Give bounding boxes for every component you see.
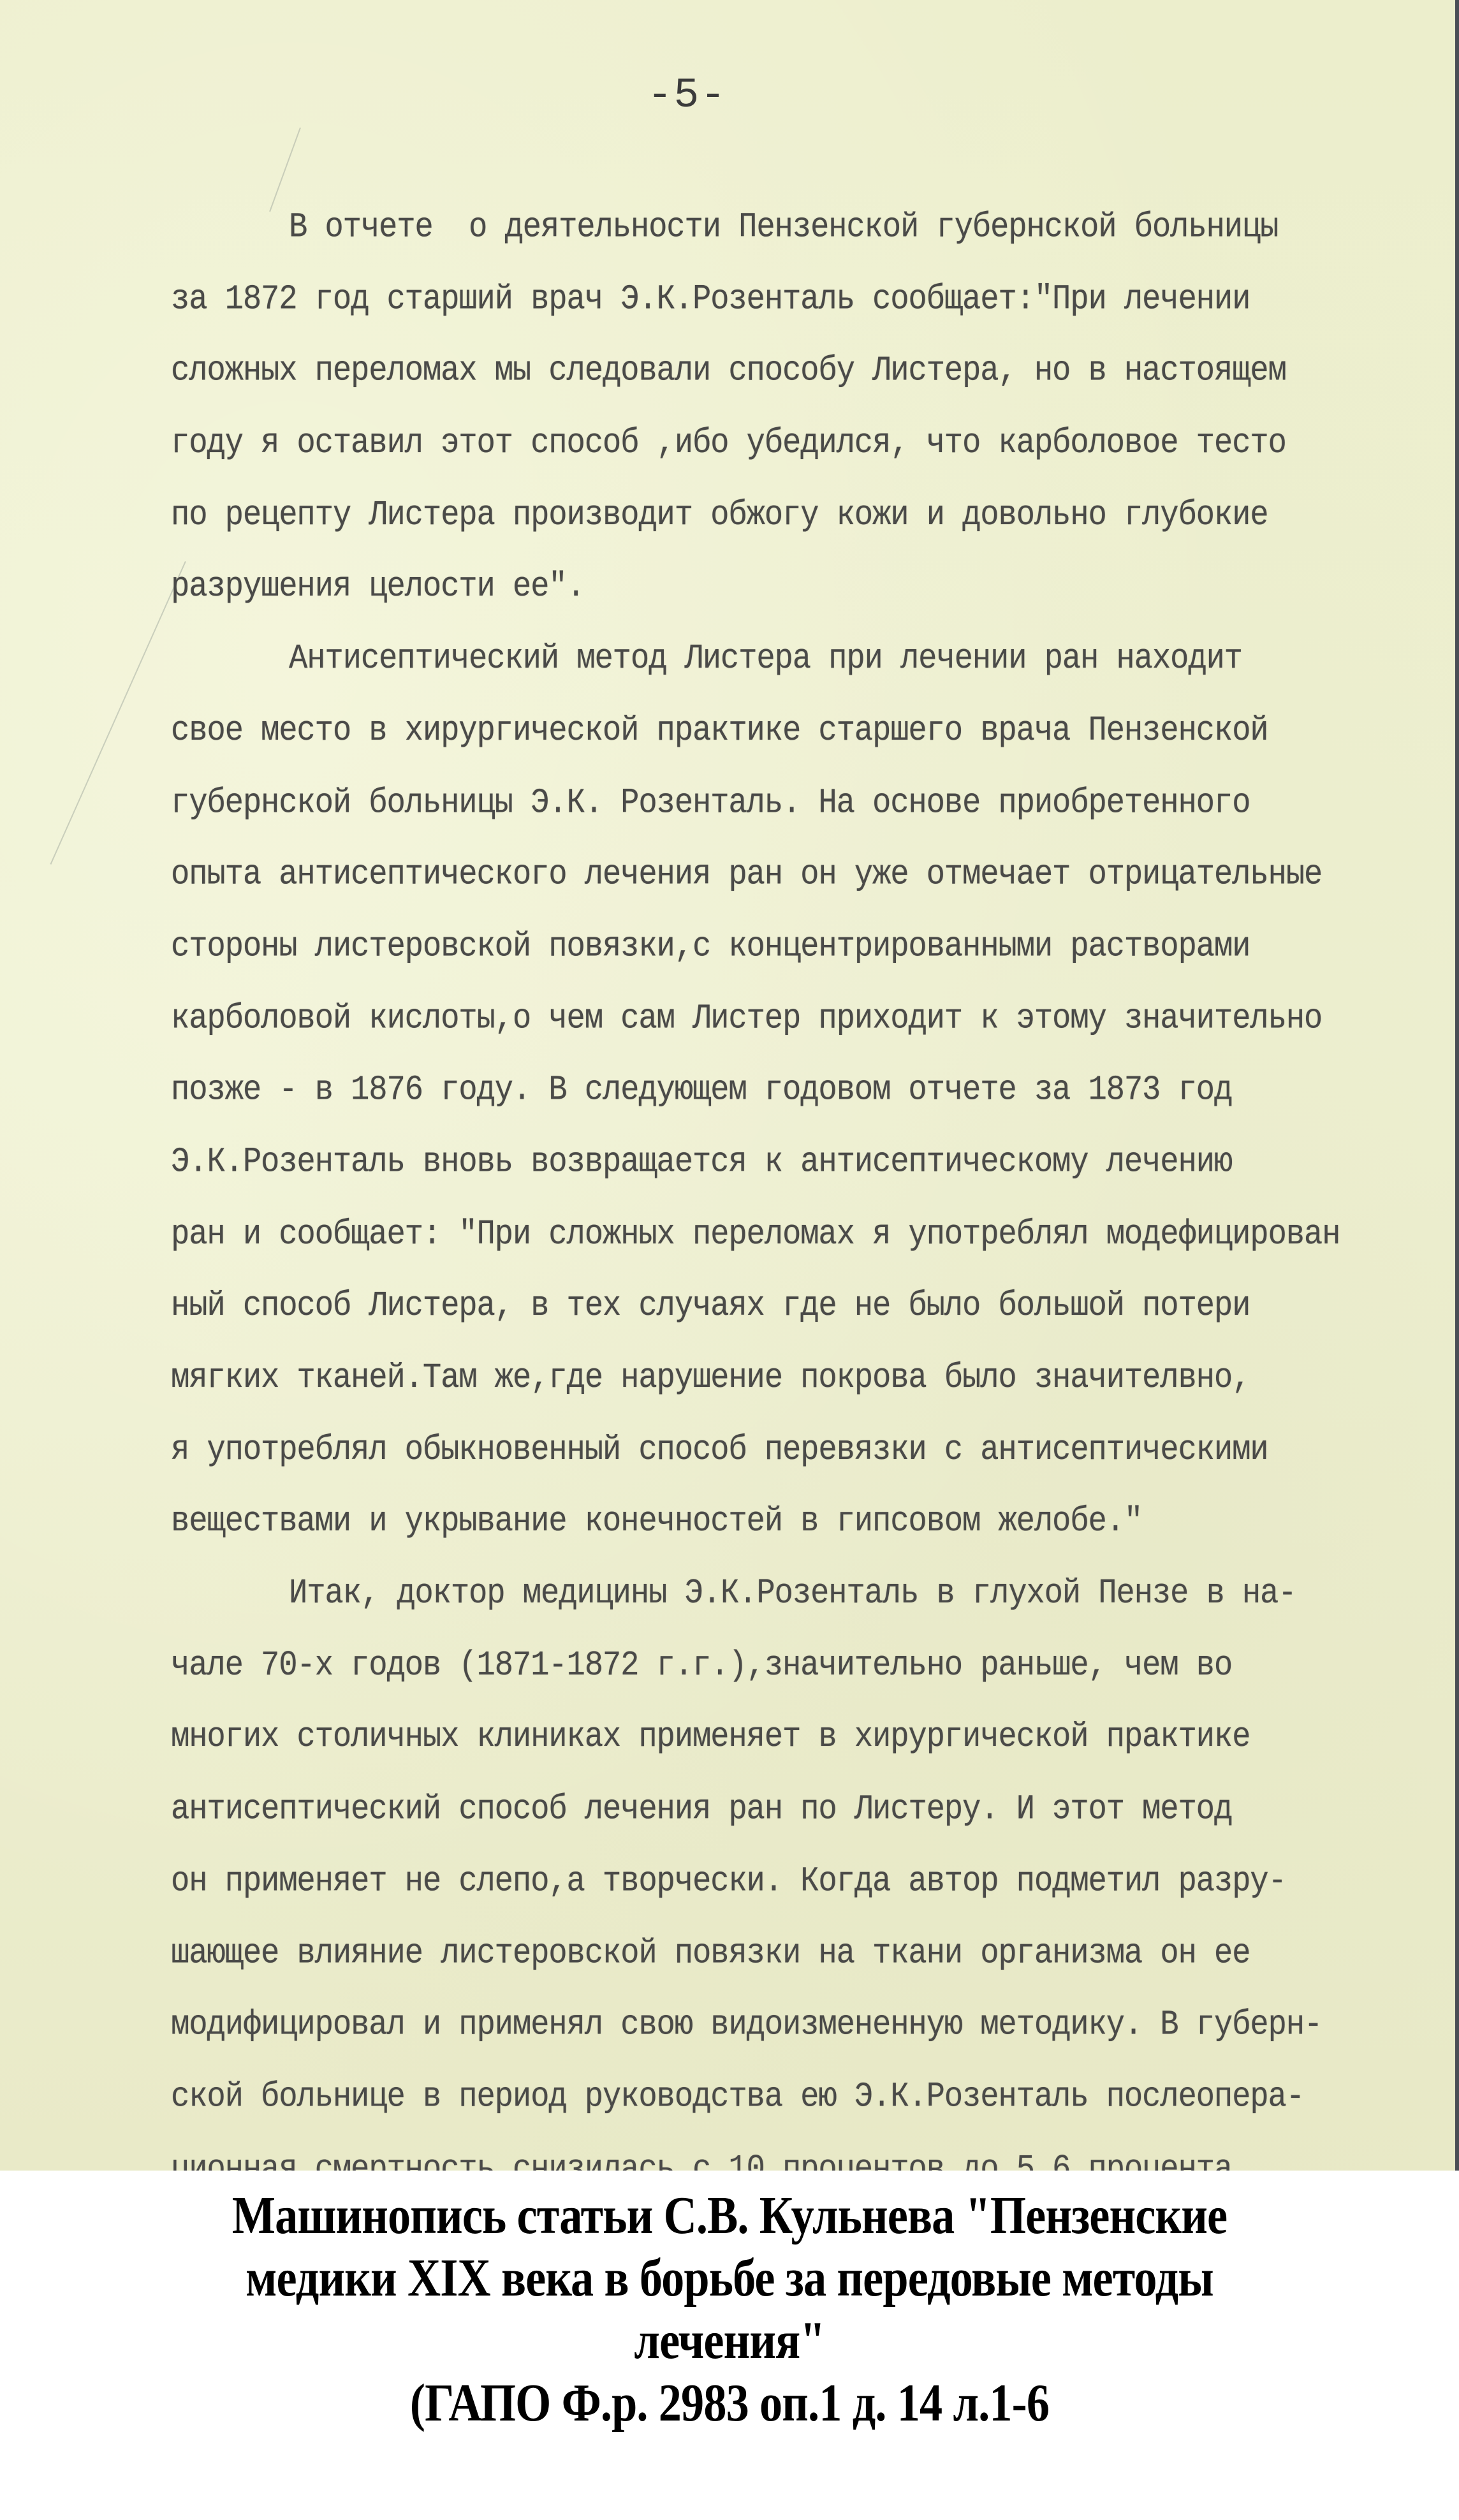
text-line: Э.К.Розенталь вновь возвращается к антис… <box>171 1126 1440 1198</box>
caption-archive-reference: (ГАПО Ф.р. 2983 оп.1 д. 14 л.1-6 <box>102 2372 1357 2435</box>
text-line: свое место в хирургической практике стар… <box>171 694 1440 766</box>
paper-crease <box>50 561 186 865</box>
text-line: В отчете о деятельности Пензенской губер… <box>171 191 1440 263</box>
caption-title-line: лечения" <box>102 2310 1357 2372</box>
text-line: за 1872 год старший врач Э.К.Розенталь с… <box>171 263 1440 335</box>
typewritten-page-scan: -5- В отчете о деятельности Пензенской г… <box>0 0 1459 2171</box>
text-line: Антисептический метод Листера при лечени… <box>171 623 1440 695</box>
text-line: я употреблял обыкновенный способ перевяз… <box>171 1414 1440 1486</box>
text-line: карболовой кислоты,о чем сам Листер прих… <box>171 982 1440 1054</box>
text-line: по рецепту Листера производит обжогу кож… <box>171 479 1440 551</box>
page-number: -5- <box>647 71 727 119</box>
text-line: позже - в 1876 году. В следующем годовом… <box>171 1054 1440 1126</box>
text-line: ской больнице в период руководства ею Э.… <box>171 2061 1440 2133</box>
text-line: многих столичных клиниках применяет в хи… <box>171 1701 1440 1773</box>
typed-text-body: В отчете о деятельности Пензенской губер… <box>171 191 1440 2348</box>
text-line: Итак, доктор медицины Э.К.Розенталь в гл… <box>171 1558 1440 1630</box>
text-line: году я оставил этот способ ,ибо убедился… <box>171 407 1440 479</box>
text-line: опыта антисептического лечения ран он уж… <box>171 839 1440 911</box>
text-line: стороны листеровской повязки,с концентри… <box>171 911 1440 983</box>
text-line: сложных переломах мы следовали способу Л… <box>171 335 1440 407</box>
text-line: чале 70-х годов (1871-1872 г.г.),значите… <box>171 1629 1440 1701</box>
archive-caption: Машинопись статьи С.В. Кульнева "Пензенс… <box>0 2171 1459 2520</box>
text-line: мягких тканей.Там же,где нарушение покро… <box>171 1342 1440 1414</box>
text-line: антисептический способ лечения ран по Ли… <box>171 1773 1440 1845</box>
text-line: он применяет не слепо,а творчески. Когда… <box>171 1845 1440 1917</box>
text-line: губернской больницы Э.К. Розенталь. На о… <box>171 766 1440 839</box>
text-line: разрушения целости ее". <box>171 551 1440 623</box>
text-line: ный способ Листера, в тех случаях где не… <box>171 1270 1440 1342</box>
caption-title-line: Машинопись статьи С.В. Кульнева "Пензенс… <box>102 2185 1357 2247</box>
text-line: веществами и укрывание конечностей в гип… <box>171 1486 1440 1558</box>
text-line: модифицировал и применял свою видоизмене… <box>171 1989 1440 2061</box>
text-line: ран и сообщает: "При сложных переломах я… <box>171 1198 1440 1270</box>
caption-title-line: медики XIX века в борьбе за передовые ме… <box>102 2247 1357 2310</box>
text-line: шающее влияние листеровской повязки на т… <box>171 1917 1440 1989</box>
